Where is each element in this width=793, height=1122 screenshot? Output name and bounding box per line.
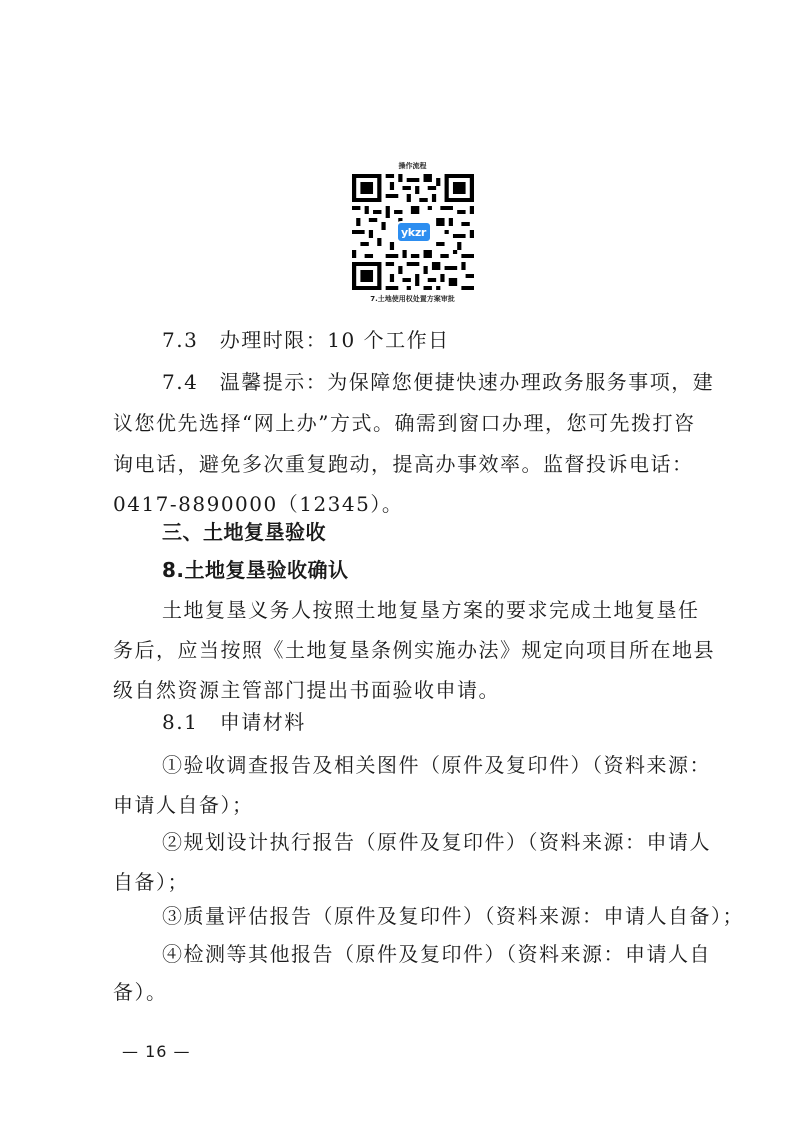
qr-title: 操作流程 [340, 160, 485, 172]
page-number: — 16 — [122, 1042, 191, 1061]
paragraph-line-2: 务后，应当按照《土地复垦条例实施办法》规定向项目所在地县 [113, 638, 715, 662]
section-heading: 三、土地复垦验收 [162, 520, 326, 544]
paragraph-line-3: 级自然资源主管部门提出书面验收申请。 [113, 678, 500, 702]
tips-line-4: 0417-8890000（12345）。 [113, 492, 403, 516]
material-item-4: ④检测等其他报告（原件及复印件）（资料来源：申请人自 [162, 942, 711, 966]
qr-caption: 7.土地使用权处置方案审批 [340, 294, 485, 304]
document-page: 操作流程 [0, 0, 793, 1122]
material-item-4-cont: 备）。 [113, 980, 168, 1004]
tips-line-3: 询电话，避免多次重复跑动，提高办事效率。监督投诉电话： [113, 452, 694, 476]
qr-code-block: 操作流程 [340, 160, 485, 304]
paragraph-line-1: 土地复垦义务人按照土地复垦方案的要求完成土地复垦任 [162, 598, 700, 622]
qr-logo: ykzr [396, 221, 432, 243]
material-item-1-cont: 申请人自备）； [113, 793, 254, 817]
material-item-3: ③质量评估报告（原件及复印件）（资料来源：申请人自备）； [162, 904, 744, 928]
material-item-2-cont: 自备）； [113, 870, 189, 894]
processing-time-line: 7.3 办理时限：10 个工作日 [162, 328, 450, 352]
tips-line-1: 7.4 温馨提示：为保障您便捷快速办理政务服务事项，建 [162, 370, 714, 394]
tips-line-2: 议您优先选择“网上办”方式。确需到窗口办理，您可先拨打咨 [113, 411, 695, 435]
material-item-1: ①验收调查报告及相关图件（原件及复印件）（资料来源： [162, 753, 711, 777]
qr-code[interactable]: ykzr [352, 174, 474, 290]
material-item-2: ②规划设计执行报告（原件及复印件）（资料来源：申请人 [162, 830, 711, 854]
subsection-heading: 8.土地复垦验收确认 [162, 558, 349, 582]
materials-heading: 8.1 申请材料 [162, 710, 306, 734]
